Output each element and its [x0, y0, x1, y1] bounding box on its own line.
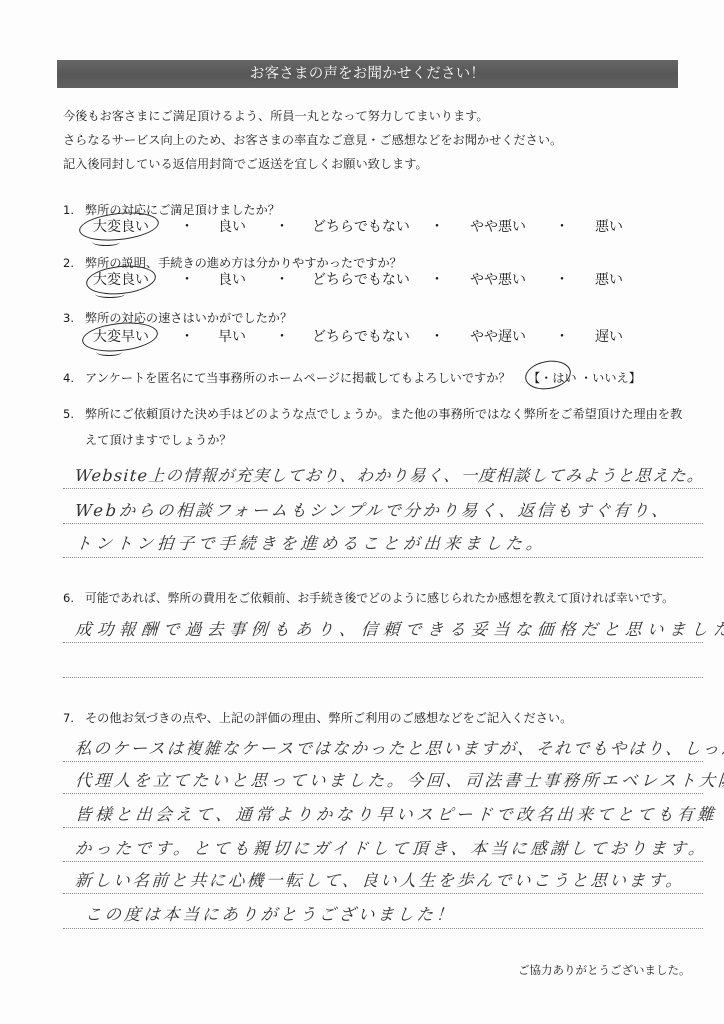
question-text: 可能であれば、弊所の費用をご依頼前、お手続き後でどのように感じられたか感想を教え…: [85, 591, 674, 605]
separator: ・: [275, 217, 289, 237]
separator: ・: [555, 327, 569, 347]
answer-ruled-line: [63, 557, 703, 558]
separator: ・: [180, 327, 194, 347]
question-5-label-continued: えて頂けますでしょうか？: [85, 432, 232, 448]
separator: ・: [180, 270, 194, 290]
answer-ruled-line: [63, 761, 703, 762]
option-no[interactable]: ・いいえ】: [580, 370, 641, 386]
question-number: 3.: [63, 310, 85, 326]
handwritten-answer-line: 私のケースは複雑なケースではなかったと思いますが、それでもやはり、しっかりした: [74, 737, 724, 761]
option-good[interactable]: 良い: [218, 270, 246, 290]
separator: ・: [430, 270, 444, 290]
separator: ・: [430, 217, 444, 237]
handwritten-answer-line: トントン拍子で手続きを進めることが出来ました。: [74, 532, 547, 556]
circle-pen-stroke: [92, 238, 120, 246]
question-7-label: 7.その他お気づきの点や、上記の評価の理由、弊所ご利用のご感想などをご記入くださ…: [63, 710, 572, 726]
option-bad[interactable]: 悪い: [595, 217, 623, 237]
question-number: 6.: [63, 590, 85, 606]
separator: ・: [555, 270, 569, 290]
option-neutral[interactable]: どちらでもない: [312, 217, 410, 237]
separator: ・: [275, 270, 289, 290]
answer-ruled-line: [63, 523, 703, 524]
question-number: 1.: [63, 202, 85, 218]
intro-paragraph: 今後もお客さまにご満足頂けるよう、所員一丸となって努力してまいります。 さらなる…: [63, 106, 562, 178]
question-3-label: 3.弊所の対応の速さはいかがでしたか？: [63, 310, 292, 326]
question-4-label: 4.アンケートを匿名にて当事務所のホームページに掲載してもよろしいですか？: [63, 370, 511, 386]
question-6-label: 6.可能であれば、弊所の費用をご依頼前、お手続き後でどのように感じられたか感想を…: [63, 590, 674, 606]
answer-ruled-line: [63, 928, 703, 929]
option-fast[interactable]: 早い: [218, 327, 246, 347]
circle-pen-stroke: [95, 290, 125, 298]
question-number: 4.: [63, 370, 85, 386]
option-neutral[interactable]: どちらでもない: [312, 270, 410, 290]
question-text: その他お気づきの点や、上記の評価の理由、弊所ご利用のご感想などをご記入ください。: [85, 711, 572, 725]
handwritten-answer-line: 代理人を立てたいと思っていました。今回、司法書士事務所エベレスト大阪の: [74, 769, 724, 793]
question-number: 5.: [63, 406, 85, 422]
question-1-label: 1.弊所の対応にご満足頂けましたか？: [63, 202, 280, 218]
answer-ruled-line: [63, 893, 703, 894]
answer-ruled-line: [63, 642, 703, 643]
handwritten-answer-line: 新しい名前と共に心機一転して、良い人生を歩んでいこうと思います。: [74, 869, 685, 893]
question-text: 弊所にご依頼頂けた決め手はどのような点でしょうか。また他の事務所ではなく弊所をご…: [85, 407, 682, 421]
intro-line: 記入後同封している返信用封筒でご返送を宜しくお願い致します。: [63, 154, 562, 178]
separator: ・: [275, 327, 289, 347]
question-text: アンケートを匿名にて当事務所のホームページに掲載してもよろしいですか？: [85, 371, 511, 385]
option-good[interactable]: 良い: [218, 217, 246, 237]
intro-line: さらなるサービス向上のため、お客さまの率直なご意見・ご感想などをお聞かせください…: [63, 130, 562, 154]
option-somewhat-bad[interactable]: やや悪い: [470, 270, 526, 290]
option-somewhat-slow[interactable]: やや遅い: [470, 327, 526, 347]
handwritten-answer-line: Webからの相談フォームもシンプルで分かり易く、返信もすぐ有り、: [74, 499, 671, 523]
handwritten-answer-line: Website上の情報が充実しており、わかり易く、一度相談してみようと思えた。: [74, 464, 705, 488]
survey-title-banner: お客さまの声をお聞かせください！: [57, 60, 678, 88]
separator: ・: [555, 217, 569, 237]
closing-thanks: ご協力ありがとうございました。: [518, 962, 691, 978]
survey-page: お客さまの声をお聞かせください！ 今後もお客さまにご満足頂けるよう、所員一丸とな…: [0, 0, 724, 1024]
intro-line: 今後もお客さまにご満足頂けるよう、所員一丸となって努力してまいります。: [63, 106, 562, 130]
separator: ・: [180, 217, 194, 237]
answer-ruled-line: [63, 793, 703, 794]
answer-ruled-line: [63, 827, 703, 828]
option-neutral[interactable]: どちらでもない: [312, 327, 410, 347]
circle-pen-stroke: [96, 348, 122, 356]
handwritten-answer-line: かったです。とても親切にガイドして頂き、本当に感謝しております。: [74, 837, 709, 861]
answer-ruled-line: [63, 861, 703, 862]
question-number: 7.: [63, 710, 85, 726]
question-5-label: 5.弊所にご依頼頂けた決め手はどのような点でしょうか。また他の事務所ではなく弊所…: [63, 406, 682, 422]
option-somewhat-bad[interactable]: やや悪い: [470, 217, 526, 237]
option-bad[interactable]: 悪い: [595, 270, 623, 290]
answer-ruled-line: [63, 488, 703, 489]
handwritten-answer-line: この度は本当にありがとうございました！: [84, 903, 456, 927]
handwritten-answer-line: 成功報酬で過去事例もあり、信頼できる妥当な価格だと思いました。: [74, 618, 724, 642]
question-number: 2.: [63, 255, 85, 271]
option-slow[interactable]: 遅い: [595, 327, 623, 347]
selection-circle-mark: [523, 357, 573, 393]
separator: ・: [430, 327, 444, 347]
handwritten-answer-line: 皆様と出会えて、通常よりかなり早いスピードで改名出来てとても有難: [74, 803, 718, 827]
answer-ruled-line: [63, 677, 703, 678]
